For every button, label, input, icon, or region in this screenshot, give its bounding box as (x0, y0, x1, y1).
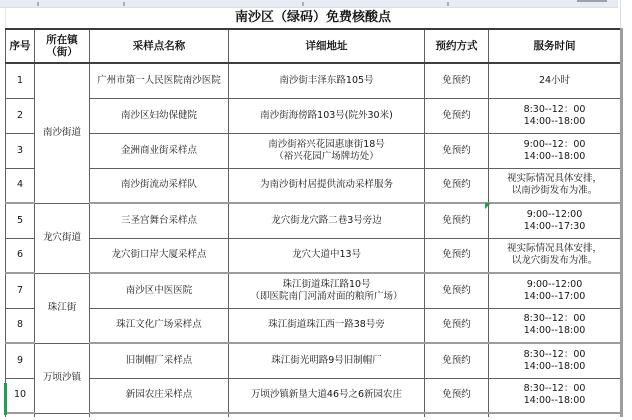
cell-no[interactable]: 4 (6, 168, 35, 203)
cell-no[interactable]: 7 (6, 273, 35, 308)
cell-site[interactable]: 南沙区妇幼保健院 (90, 98, 229, 133)
cell-site[interactable]: 广州市第一人民医院南沙医院 (90, 63, 229, 98)
cell-address[interactable]: 南沙街海傍路103号(院外30米) (229, 98, 425, 133)
table-row: 3 金洲商业街采样点 南沙街裕兴花园惠康街18号（裕兴花园广场牌坊处） 免预约 … (6, 133, 622, 168)
cell-site[interactable]: 珠江文化广场采样点 (90, 308, 229, 343)
cell-site[interactable]: 三圣宫舞台采样点 (90, 203, 229, 238)
cell-site[interactable]: 旧制帽厂采样点 (90, 343, 229, 378)
cell-booking[interactable]: 免预约 (425, 273, 489, 308)
cell-address[interactable]: 万顷沙镇新垦大道46号之6新园农庄 (229, 378, 425, 413)
table-row: 4 南沙街流动采样队 为南沙街村居提供流动采样服务 免预约 视实际情况具体安排，… (6, 168, 622, 203)
column-tick (37, 2, 39, 6)
selection-indicator (4, 383, 7, 415)
header-no[interactable]: 序号 (6, 29, 35, 63)
cell-booking[interactable]: 免预约 (425, 238, 489, 273)
header-town-line1: 所在镇 (35, 34, 89, 46)
table-row: 6 龙穴街口岸大厦采样点 龙穴大道中13号 免预约 视实际情况具体安排，以龙穴街… (6, 238, 622, 273)
cell-address[interactable]: 南沙街裕兴花园惠康街18号（裕兴花园广场牌坊处） (229, 133, 425, 168)
cell-no[interactable]: 10 (6, 378, 35, 413)
cell-hours[interactable]: 9:00--12:0014:00--17:30 (489, 203, 622, 238)
cell-address[interactable]: 珠江街光明路9号旧制帽厂 (229, 343, 425, 378)
cell-booking[interactable]: 免预约 (425, 63, 489, 98)
cell-no[interactable]: 5 (6, 203, 35, 238)
cell-booking[interactable]: 免预约 (425, 98, 489, 133)
cell-no[interactable]: 1 (6, 63, 35, 98)
cell-hours[interactable]: 视实际情况具体安排，以龙穴街发布为准。 (489, 238, 622, 273)
column-tick (302, 2, 304, 6)
cell-booking[interactable]: 免预约 (425, 378, 489, 413)
table-header-row: 序号 所在镇 （街） 采样点名称 详细地址 预约方式 服务时间 (6, 29, 622, 63)
cell-site[interactable]: 南沙街流动采样队 (90, 168, 229, 203)
cell-address[interactable]: 南沙街丰泽东路105号 (229, 63, 425, 98)
cell-address[interactable]: 珠江街道珠江路10号（即医院南门河涌对面的粮所广场） (229, 273, 425, 308)
cell-no[interactable]: 8 (6, 308, 35, 343)
table-row: 9 万顷沙镇 旧制帽厂采样点 珠江街光明路9号旧制帽厂 免预约 8:30--12… (6, 343, 622, 378)
table-row: 2 南沙区妇幼保健院 南沙街海傍路103号(院外30米) 免预约 8:30--1… (6, 98, 622, 133)
header-address[interactable]: 详细地址 (229, 29, 425, 63)
cell-address[interactable]: 龙穴街龙穴路二巷3号旁边 (229, 203, 425, 238)
column-tick (447, 2, 449, 6)
cell-empty[interactable] (6, 413, 35, 417)
page-title: 南沙区（绿码）免费核酸点 (5, 7, 621, 28)
header-hours[interactable]: 服务时间 (489, 29, 622, 63)
cell-booking[interactable]: 免预约 (425, 308, 489, 343)
cell-hours[interactable]: 8:30--12：0014:00--18:00 (489, 98, 622, 133)
cell-booking[interactable]: 免预约 (425, 133, 489, 168)
cell-town-group[interactable]: 珠江街 (35, 273, 90, 343)
cell-site[interactable]: 南沙区中医医院 (90, 273, 229, 308)
cell-empty[interactable] (90, 413, 229, 417)
cell-address[interactable]: 为南沙街村居提供流动采样服务 (229, 168, 425, 203)
cell-empty[interactable] (489, 413, 622, 417)
cell-no[interactable]: 6 (6, 238, 35, 273)
header-town-line2: （街） (35, 46, 89, 58)
cell-site[interactable]: 新园农庄采样点 (90, 378, 229, 413)
cell-hours[interactable]: 8:30--12：0014:00--18:00 (489, 343, 622, 378)
table-row: 1 南沙街道 广州市第一人民医院南沙医院 南沙街丰泽东路105号 免预约 24小… (6, 63, 622, 98)
cell-site[interactable]: 金洲商业街采样点 (90, 133, 229, 168)
cell-address[interactable]: 珠江街道珠江西一路38号旁 (229, 308, 425, 343)
table-row: 8 珠江文化广场采样点 珠江街道珠江西一路38号旁 免预约 8:30--12：0… (6, 308, 622, 343)
cell-town-group[interactable]: 万顷沙镇 (35, 343, 90, 413)
column-tick (123, 2, 125, 6)
cell-town-group[interactable]: 龙穴街道 (35, 203, 90, 273)
cell-hours[interactable]: 24小时 (489, 63, 622, 98)
cell-address[interactable]: 龙穴大道中13号 (229, 238, 425, 273)
cell-hours[interactable]: 9:00--12:0014:00--17:00 (489, 273, 622, 308)
cell-booking[interactable]: 免预约 (425, 203, 489, 238)
cell-booking[interactable]: 免预约 (425, 168, 489, 203)
cell-no[interactable]: 2 (6, 98, 35, 133)
cell-hours[interactable]: 8:30--12：0014:00--18:00 (489, 308, 622, 343)
table-row: 10 新园农庄采样点 万顷沙镇新垦大道46号之6新园农庄 免预约 8:30--1… (6, 378, 622, 413)
toolbar-edge-line (577, 0, 607, 2)
cell-empty[interactable] (229, 413, 425, 417)
testing-sites-table: 序号 所在镇 （街） 采样点名称 详细地址 预约方式 服务时间 1 南沙街道 广… (5, 28, 623, 417)
cell-flag-icon (485, 203, 491, 209)
cell-hours[interactable]: 视实际情况具体安排，以南沙街发布为准。 (489, 168, 622, 203)
table-row: 5 龙穴街道 三圣宫舞台采样点 龙穴街龙穴路二巷3号旁边 免预约 9:00--1… (6, 203, 622, 238)
cell-hours[interactable]: 9:00--12：0014:00--18:00 (489, 133, 622, 168)
cell-booking[interactable]: 免预约 (425, 343, 489, 378)
cell-hours[interactable]: 8:30--12：0014:00--18:00 (489, 378, 622, 413)
header-site[interactable]: 采样点名称 (90, 29, 229, 63)
table-row: 7 珠江街 南沙区中医医院 珠江街道珠江路10号（即医院南门河涌对面的粮所广场）… (6, 273, 622, 308)
cell-town-group[interactable]: 南沙街道 (35, 63, 90, 203)
cell-empty[interactable] (425, 413, 489, 417)
partial-row (6, 413, 622, 417)
cell-no[interactable]: 9 (6, 343, 35, 378)
cell-site[interactable]: 龙穴街口岸大厦采样点 (90, 238, 229, 273)
cell-empty[interactable] (35, 413, 90, 417)
cell-no[interactable]: 3 (6, 133, 35, 168)
header-booking[interactable]: 预约方式 (425, 29, 489, 63)
header-town[interactable]: 所在镇 （街） (35, 29, 90, 63)
